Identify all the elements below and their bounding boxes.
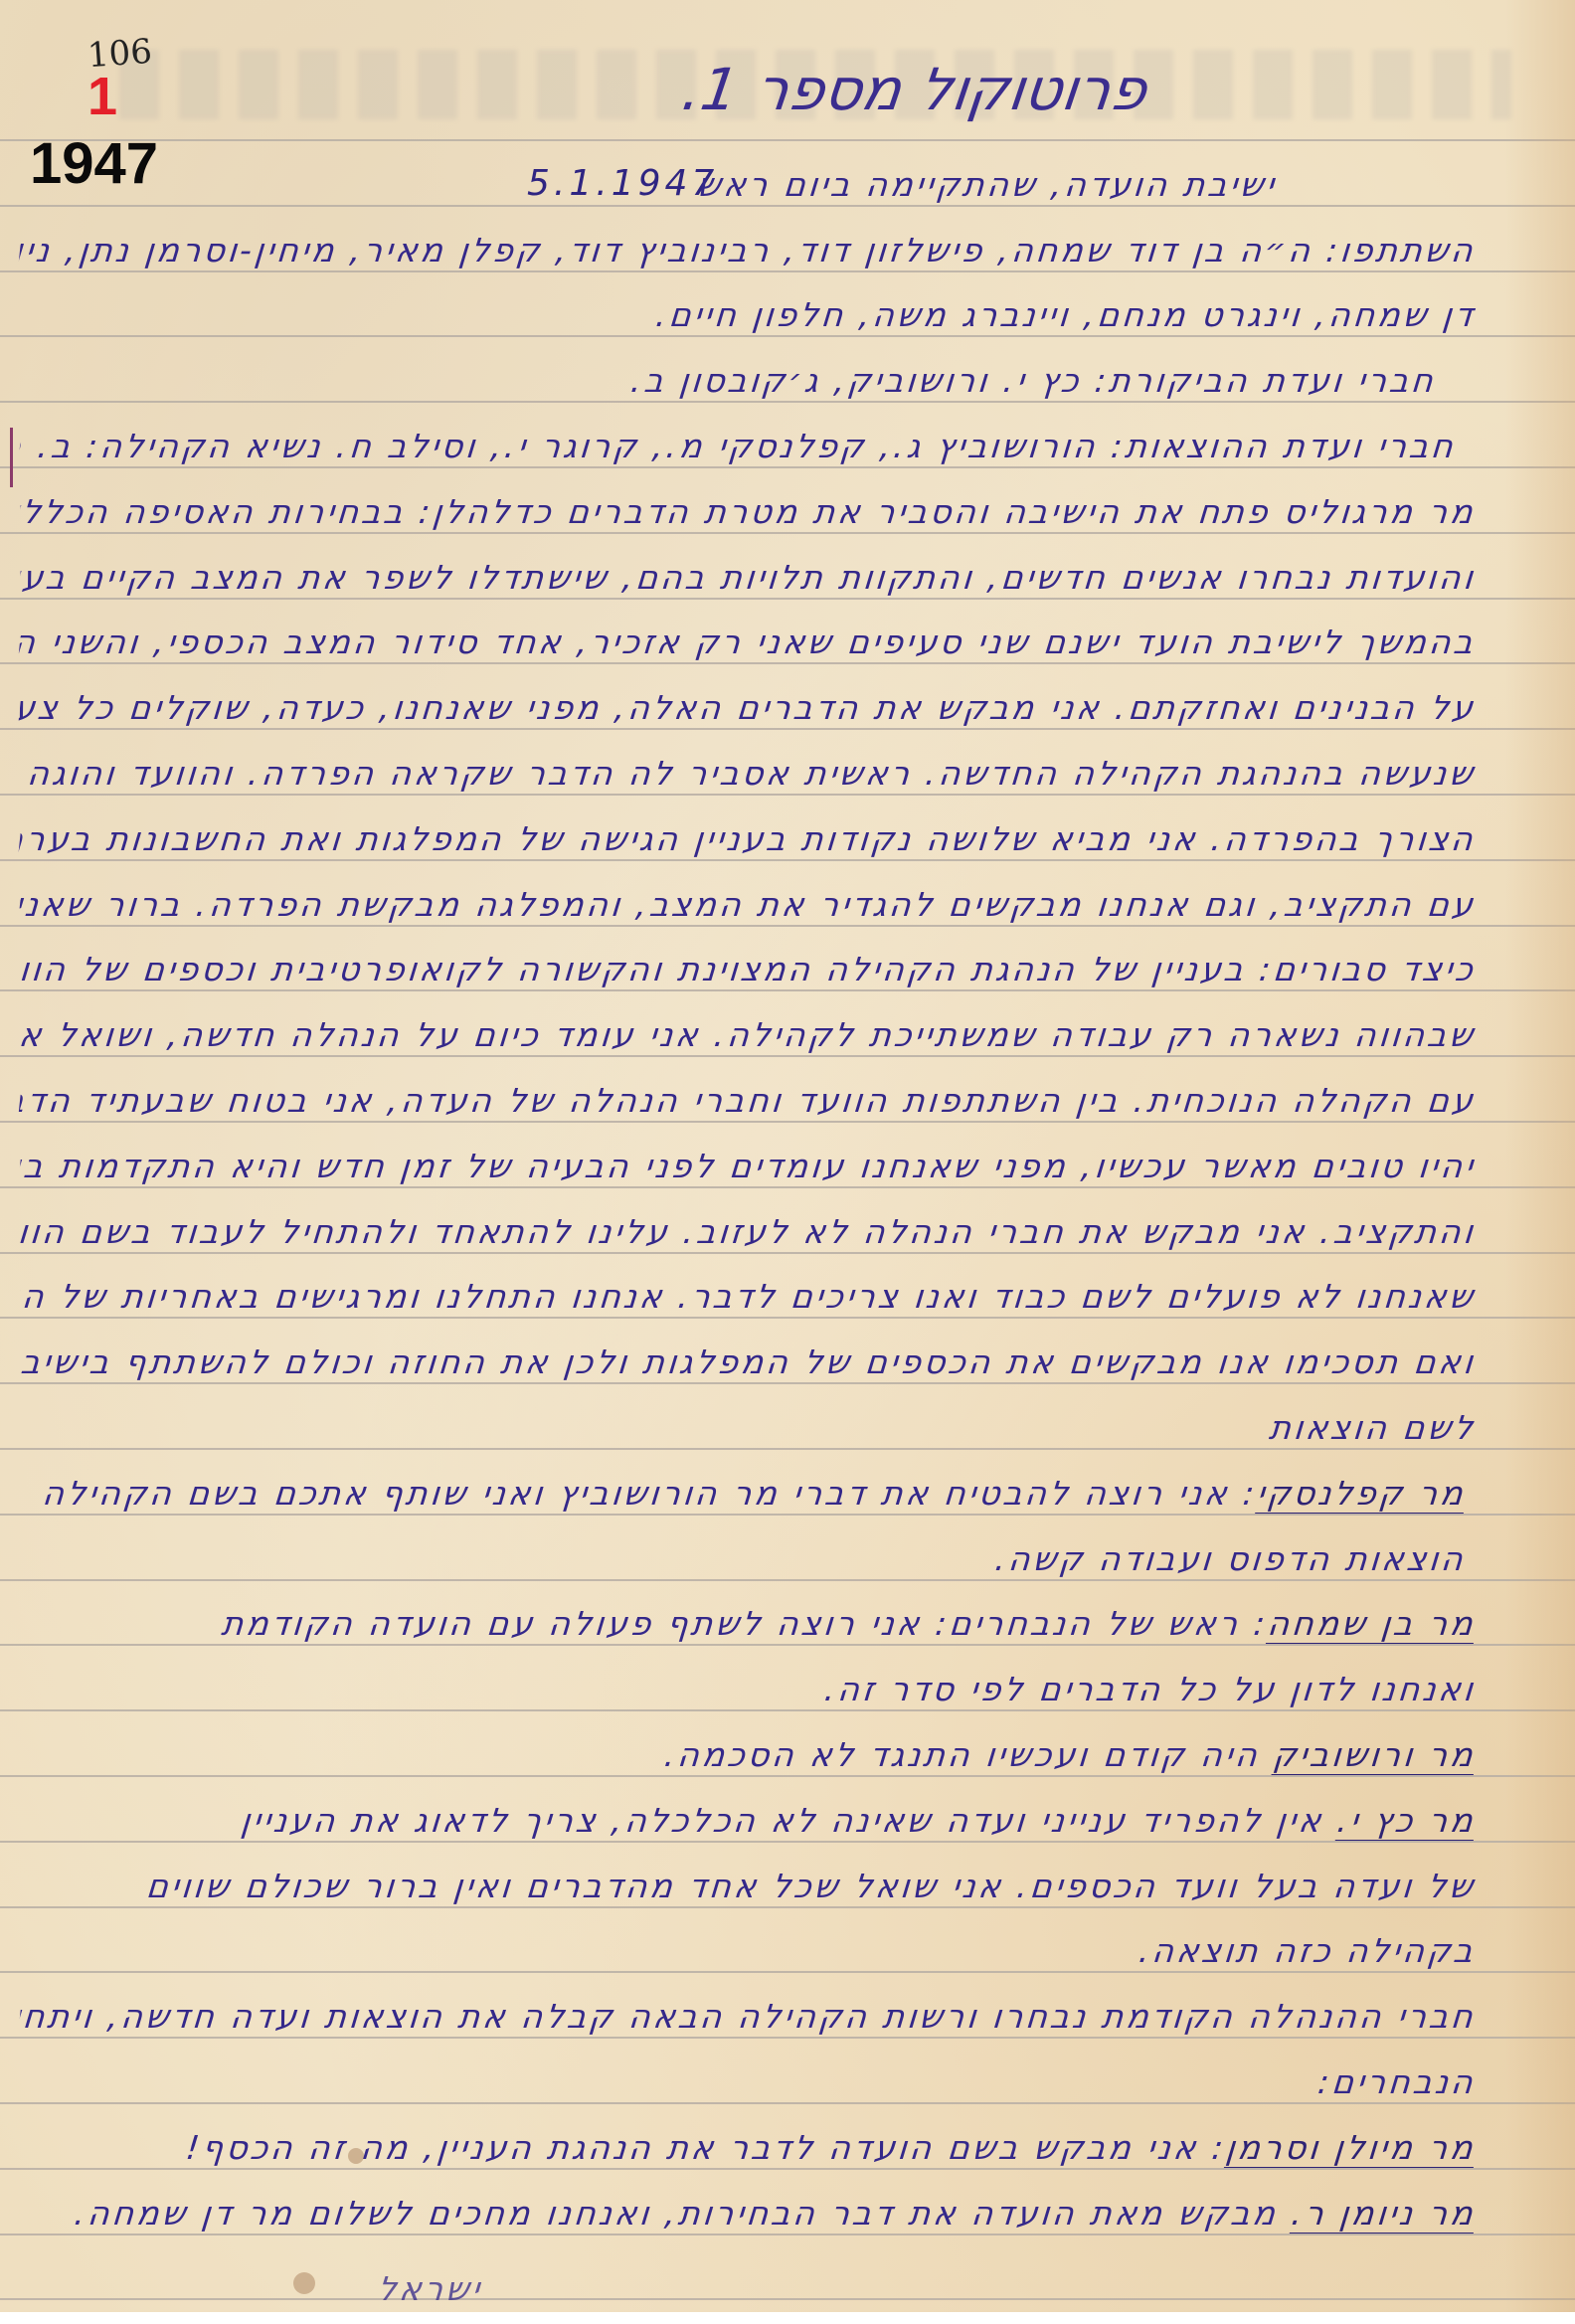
overlay-year: 1947 [30, 135, 158, 193]
ruled-line [0, 1775, 1575, 1777]
meeting-date: 5.1.1947 [527, 163, 718, 204]
handwritten-line: בהמשך לישיבת הועד ישנם שני סעיפים שאני ר… [18, 623, 1478, 662]
handwritten-line: דן שמחה, וינגרט מנחם, ויינברג משה, חלפון… [18, 295, 1478, 335]
overlay-index: 1 [87, 70, 117, 123]
ruled-line [0, 1971, 1575, 1973]
ruled-line [0, 1709, 1575, 1711]
speaker-name: מר כץ י. [1335, 1801, 1478, 1840]
handwritten-line: חברי ועדת ההוצאות: הורושוביץ ג., קפלנסקי… [18, 427, 1458, 466]
ruled-line [0, 662, 1575, 664]
handwritten-line: כיצד סבורים: בעניין של הנהגת הקהילה המצו… [18, 950, 1478, 989]
ruled-line [0, 139, 1575, 141]
handwritten-line: והועדות נבחרו אנשים חדשים, והתקוות תלויו… [18, 558, 1478, 598]
ruled-line [0, 2298, 1575, 2300]
margin-mark [10, 428, 13, 487]
paper-stain [348, 2148, 364, 2164]
ruled-line [0, 925, 1575, 927]
handwritten-line: ואנחנו לדון על כל הדברים לפי סדר זה. [18, 1670, 1478, 1709]
handwritten-line: בקהילה כזה תוצאה. [18, 1931, 1478, 1971]
ruled-line [0, 401, 1575, 403]
handwritten-line: והתקציב. אני מבקש את חברי הנהלה לא לעזוב… [18, 1212, 1478, 1252]
ruled-line [0, 989, 1575, 991]
handwritten-line: הצורך בהפרדה. אני מביא שלושה נקודות בעני… [18, 819, 1478, 859]
ruled-line [0, 794, 1575, 796]
handwritten-line: עם הקהלה הנוכחית. בין השתתפות הוועד וחבר… [18, 1081, 1478, 1121]
ruled-line [0, 1841, 1575, 1843]
handwritten-line: הנבחרים: [18, 2062, 1478, 2102]
ruled-line [0, 1448, 1575, 1450]
handwritten-line: מר מיולן וסרמן: אני מבקש בשם הועדה לדבר … [18, 2128, 1478, 2168]
ruled-line [0, 1906, 1575, 1908]
speaker-name: מר ורושוביק [1272, 1735, 1478, 1774]
handwritten-line: שאנחנו לא פועלים לשם כבוד ואנו צריכים לד… [18, 1277, 1478, 1317]
ruled-line [0, 2234, 1575, 2235]
handwritten-line: הוצאות הדפוס ועבודה קשה. [18, 1539, 1468, 1579]
handwritten-line: מר קפלנסקי: אני רוצה להבטיח את דברי מר ה… [18, 1474, 1468, 1514]
ruled-line [0, 2037, 1575, 2039]
paper-stain [293, 2272, 315, 2294]
ruled-line [0, 335, 1575, 337]
speaker-name: מר ניומן ר. [1290, 2194, 1478, 2233]
handwritten-line: ואם תסכימו אנו מבקשים את הכספים של המפלג… [18, 1342, 1478, 1382]
ruled-line [0, 466, 1575, 468]
ruled-line [0, 1121, 1575, 1123]
speaker-name: מר מיולן וסרמן [1224, 2128, 1478, 2167]
ruled-line [0, 1382, 1575, 1384]
handwritten-line: חברי ועדת הביקורת: כץ י. ורושוביק, ג׳קוב… [18, 361, 1438, 401]
ruled-line [0, 1317, 1575, 1319]
ruled-line [0, 1579, 1575, 1581]
ruled-line [0, 1055, 1575, 1057]
ruled-line [0, 2168, 1575, 2170]
handwritten-line: מר בן שמחה: ראש של הנבחרים: אני רוצה לשת… [18, 1604, 1478, 1644]
ruled-line [0, 1514, 1575, 1516]
handwritten-line: יהיו טובים מאשר עכשיו, מפני שאנחנו עומדי… [18, 1147, 1478, 1186]
handwritten-line: חברי ההנהלה הקודמת נבחרו ורשות הקהילה הב… [18, 1997, 1478, 2037]
cut-off-footer-text: ישראל [376, 2269, 579, 2309]
ruled-line [0, 1186, 1575, 1188]
handwritten-line: ישיבת הועדה, שהתקיימה ביום ראשון ה׳ טבת … [694, 165, 1279, 205]
ruled-line [0, 205, 1575, 207]
handwritten-line: לשם הוצאות [18, 1408, 1478, 1448]
handwritten-line: שבהווה נשארה רק עבודה שמשתייכת לקהילה. א… [18, 1015, 1478, 1055]
ruled-line [0, 270, 1575, 272]
handwritten-line: מר מרגוליס פתח את הישיבה והסביר את מטרת … [18, 492, 1478, 532]
ruled-line [0, 532, 1575, 534]
handwritten-line: שנעשה בהנהגת הקהילה החדשה. ראשית אסביר ל… [18, 754, 1478, 794]
handwritten-line: על הבנינים ואחזקתם. אני מבקש את הדברים ה… [18, 688, 1478, 728]
page-title: פרוטוקול מספר 1. [631, 56, 1198, 123]
ruled-line [0, 728, 1575, 730]
handwritten-line: של ועדה בעל וועד הכספים. אני שואל שכל אח… [18, 1867, 1478, 1906]
ruled-line [0, 1644, 1575, 1646]
handwritten-line: עם התקציב, וגם אנחנו מבקשים להגדיר את המ… [18, 885, 1478, 925]
scanned-page: 106 1 1947 פרוטוקול מספר 1. 5.1.1947 ישי… [0, 0, 1575, 2312]
ruled-line [0, 2102, 1575, 2104]
handwritten-line: מר ורושוביק היה קודם ועכשיו התנגד לא הסכ… [18, 1735, 1478, 1775]
handwritten-line: מר ניומן ר. מבקש מאת הועדה את דבר הבחירו… [18, 2194, 1478, 2234]
ruled-line [0, 598, 1575, 600]
handwritten-line: השתתפו: ה״ה בן דוד שמחה, פישלזון דוד, רב… [18, 231, 1478, 270]
speaker-name: מר קפלנסקי [1255, 1474, 1468, 1513]
ruled-line [0, 1252, 1575, 1254]
handwritten-line: מר כץ י. אין להפריד ענייני ועדה שאינה לא… [18, 1801, 1478, 1841]
ruled-line [0, 859, 1575, 861]
speaker-name: מר בן שמחה [1266, 1604, 1478, 1643]
